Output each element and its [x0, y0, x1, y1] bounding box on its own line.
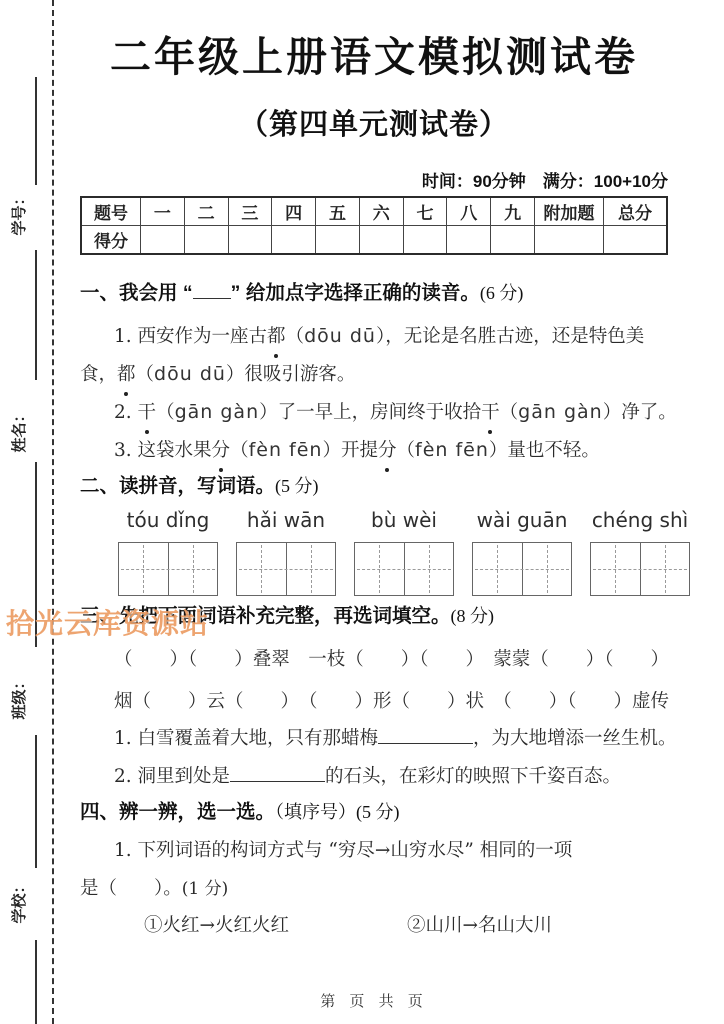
text-segment: ）量也不轻。	[489, 440, 600, 461]
school-write-line	[35, 735, 37, 868]
text-segment: 一、我会用 “	[80, 282, 193, 304]
score-table-header-cell: 五	[316, 197, 360, 226]
score-note: (5 分)	[275, 476, 319, 496]
score-table-header-cell: 总分	[604, 197, 668, 226]
score-table-score-row: 得分	[81, 226, 667, 255]
text-segment: （	[286, 326, 305, 347]
text-segment: ），无论是名胜古迹，还是特色美	[376, 326, 644, 347]
section-1-item-1-line-2: 食，都（dōu dū）很吸引游客。	[80, 357, 672, 392]
word-writing-box	[118, 542, 218, 596]
section-2-heading: 二、读拼音，写词语。(5 分)	[80, 471, 672, 501]
score-table-header-cell: 四	[272, 197, 316, 226]
pinyin-word-label: tóu dǐng	[118, 508, 218, 532]
character-cell	[473, 543, 522, 595]
score-cell	[359, 226, 403, 255]
pinyin-text: fèn fēn	[249, 439, 323, 461]
exam-paper-page: 学号： 姓名： 班级： 学校： 二年级上册语文模拟测试卷 （第四单元测试卷） 时…	[0, 0, 724, 1024]
score-table-header-row: 题号一二三四五六七八九附加题总分	[81, 197, 667, 226]
text-segment: 食，	[80, 364, 117, 385]
text-segment: 的石头，在彩灯的映照下千姿百态。	[325, 766, 621, 787]
margin-label-school: 学校：	[4, 851, 32, 951]
text-segment: 2.	[114, 402, 138, 423]
section-3-item-1: 1. 白雪覆盖着大地，只有那蜡梅，为大地增添一丝生机。	[80, 722, 706, 756]
character-cell	[237, 543, 286, 595]
exam-title: 二年级上册语文模拟测试卷	[80, 24, 668, 83]
score-table-header-cell: 八	[447, 197, 491, 226]
text-segment: 1. 下列词语的构词方式与 “穷尽→山穷水尽” 相同的一项	[114, 840, 572, 861]
bottom-write-line	[35, 940, 37, 1024]
writing-grid-row	[118, 542, 708, 596]
score-note: （填序号）(5 分)	[275, 802, 400, 822]
pinyin-text: dōu dū	[304, 325, 376, 347]
text-segment: （	[230, 440, 249, 461]
character-cell	[591, 543, 640, 595]
text-segment: 3. 这袋水果	[114, 440, 212, 461]
text-segment: ）了一早上，房间终于收拾	[259, 402, 481, 423]
text-segment: ）很吸引游客。	[226, 364, 356, 385]
text-segment: 四、辨一辨，选一选。	[80, 801, 275, 823]
text-segment: （	[136, 364, 155, 385]
score-cell	[447, 226, 491, 255]
score-table-header-cell: 一	[141, 197, 185, 226]
score-cell	[316, 226, 360, 255]
score-table-header-cell: 二	[184, 197, 228, 226]
score-note: (1 分)	[182, 879, 228, 899]
score-table-header-cell: 三	[228, 197, 272, 226]
pinyin-text: gān gàn	[518, 401, 603, 423]
margin-label-text: 学校：	[8, 879, 29, 924]
section-4-item-1-line-1: 1. 下列词语的构词方式与 “穷尽→山穷水尽” 相同的一项	[80, 834, 706, 868]
score-note: (6 分)	[480, 283, 524, 303]
text-segment: ②山川→名山大川	[407, 915, 552, 936]
text-segment: （	[156, 402, 175, 423]
section-1-heading: 一、我会用 “” 给加点字选择正确的读音。(6 分)	[80, 278, 672, 308]
character-cell	[640, 543, 690, 595]
section-3-fill-line-1: （ ）（ ）叠翠 一枝（ ）（ ） 蒙蒙（ ）（ ）	[80, 643, 706, 677]
score-table-header-cell: 七	[403, 197, 447, 226]
emphasized-char: 分	[378, 434, 397, 468]
text-segment: ①火红→火红火红	[144, 915, 289, 936]
emphasized-char: 干	[481, 396, 500, 430]
character-cell	[355, 543, 404, 595]
text-segment: 是（ ）。	[80, 878, 182, 899]
score-note: (8 分)	[451, 606, 495, 626]
score-row-label: 得分	[81, 226, 141, 255]
section-1-item-2: 2. 干（gān gàn）了一早上，房间终于收拾干（gān gàn）净了。	[80, 395, 706, 430]
margin-label-class: 班级：	[4, 647, 32, 747]
word-writing-box	[354, 542, 454, 596]
text-segment: ” 给加点字选择正确的读音。	[231, 282, 480, 304]
pinyin-word-label: hǎi wān	[236, 508, 336, 532]
text-segment: ）净了。	[603, 402, 677, 423]
score-table-header-cell: 九	[491, 197, 535, 226]
word-writing-box	[472, 542, 572, 596]
margin-label-student-id: 学号：	[4, 163, 32, 263]
score-cell	[141, 226, 185, 255]
emphasized-char: 干	[138, 396, 157, 430]
score-table: 题号一二三四五六七八九附加题总分 得分	[80, 196, 668, 255]
score-cell	[272, 226, 316, 255]
pinyin-word-label: chéng shì	[590, 508, 690, 532]
pinyin-label-row: tóu dǐnghǎi wānbù wèiwài guānchéng shì	[118, 508, 708, 532]
score-cell	[604, 226, 668, 255]
character-cell	[168, 543, 218, 595]
character-cell	[522, 543, 572, 595]
score-table-header-cell: 题号	[81, 197, 141, 226]
word-writing-box	[590, 542, 690, 596]
pinyin-text: fèn fēn	[415, 439, 489, 461]
character-cell	[119, 543, 168, 595]
exam-subtitle: （第四单元测试卷）	[80, 102, 668, 143]
answer-blank	[230, 763, 325, 783]
watermark: 拾光云库资源站	[6, 602, 209, 642]
score-cell	[184, 226, 228, 255]
section-4-options-row: ①火红→火红火红②山川→名山大川	[80, 909, 724, 943]
text-segment: 2. 洞里到处是	[114, 766, 230, 787]
text-segment: ，为大地增添一丝生机。	[473, 728, 677, 749]
margin-label-name: 姓名：	[4, 380, 32, 480]
section-1-item-1-line-1: 1. 西安作为一座古都（dōu dū），无论是名胜古迹，还是特色美	[80, 319, 706, 354]
emphasized-char: 分	[212, 434, 231, 468]
text-segment: （	[500, 402, 519, 423]
text-segment: ）开提	[322, 440, 378, 461]
score-cell	[491, 226, 535, 255]
pinyin-word-label: wài guān	[472, 508, 572, 532]
exam-time-score-info: 时间：90分钟 满分：100+10分	[80, 167, 668, 192]
seal-dashed-line	[52, 0, 54, 1024]
pinyin-text: gān gàn	[175, 401, 260, 423]
answer-blank	[193, 279, 231, 300]
character-cell	[286, 543, 336, 595]
student-id-write-line	[35, 77, 37, 185]
section-4-heading: 四、辨一辨，选一选。（填序号）(5 分)	[80, 797, 672, 827]
name-write-line	[35, 250, 37, 380]
text-segment: 二、读拼音，写词语。	[80, 475, 275, 497]
word-writing-box	[236, 542, 336, 596]
section-1-item-3: 3. 这袋水果分（fèn fēn）开提分（fèn fēn）量也不轻。	[80, 433, 706, 468]
pinyin-text: dōu dū	[154, 363, 226, 385]
text-segment: 1. 西安作为一座古	[114, 326, 267, 347]
score-cell	[535, 226, 604, 255]
score-cell	[228, 226, 272, 255]
section-3-item-2: 2. 洞里到处是的石头，在彩灯的映照下千姿百态。	[80, 760, 706, 794]
emphasized-char: 都	[117, 358, 136, 392]
pinyin-word-label: bù wèi	[354, 508, 454, 532]
margin-label-text: 姓名：	[8, 408, 29, 453]
emphasized-char: 都	[267, 320, 286, 354]
section-3-fill-line-2: 烟（ ）云（ ） （ ）形（ ）状 （ ）（ ）虚传	[80, 685, 706, 719]
character-cell	[404, 543, 454, 595]
text-segment: （	[397, 440, 416, 461]
margin-label-text: 学号：	[8, 191, 29, 236]
section-4-item-1-line-2: 是（ ）。(1 分)	[80, 872, 672, 906]
score-cell	[403, 226, 447, 255]
text-segment: 1. 白雪覆盖着大地，只有那蜡梅	[114, 728, 378, 749]
answer-blank	[378, 725, 473, 745]
page-footer: 第 页 共 页	[80, 990, 668, 1011]
margin-label-text: 班级：	[8, 675, 29, 720]
score-table-header-cell: 六	[359, 197, 403, 226]
score-table-header-cell: 附加题	[535, 197, 604, 226]
